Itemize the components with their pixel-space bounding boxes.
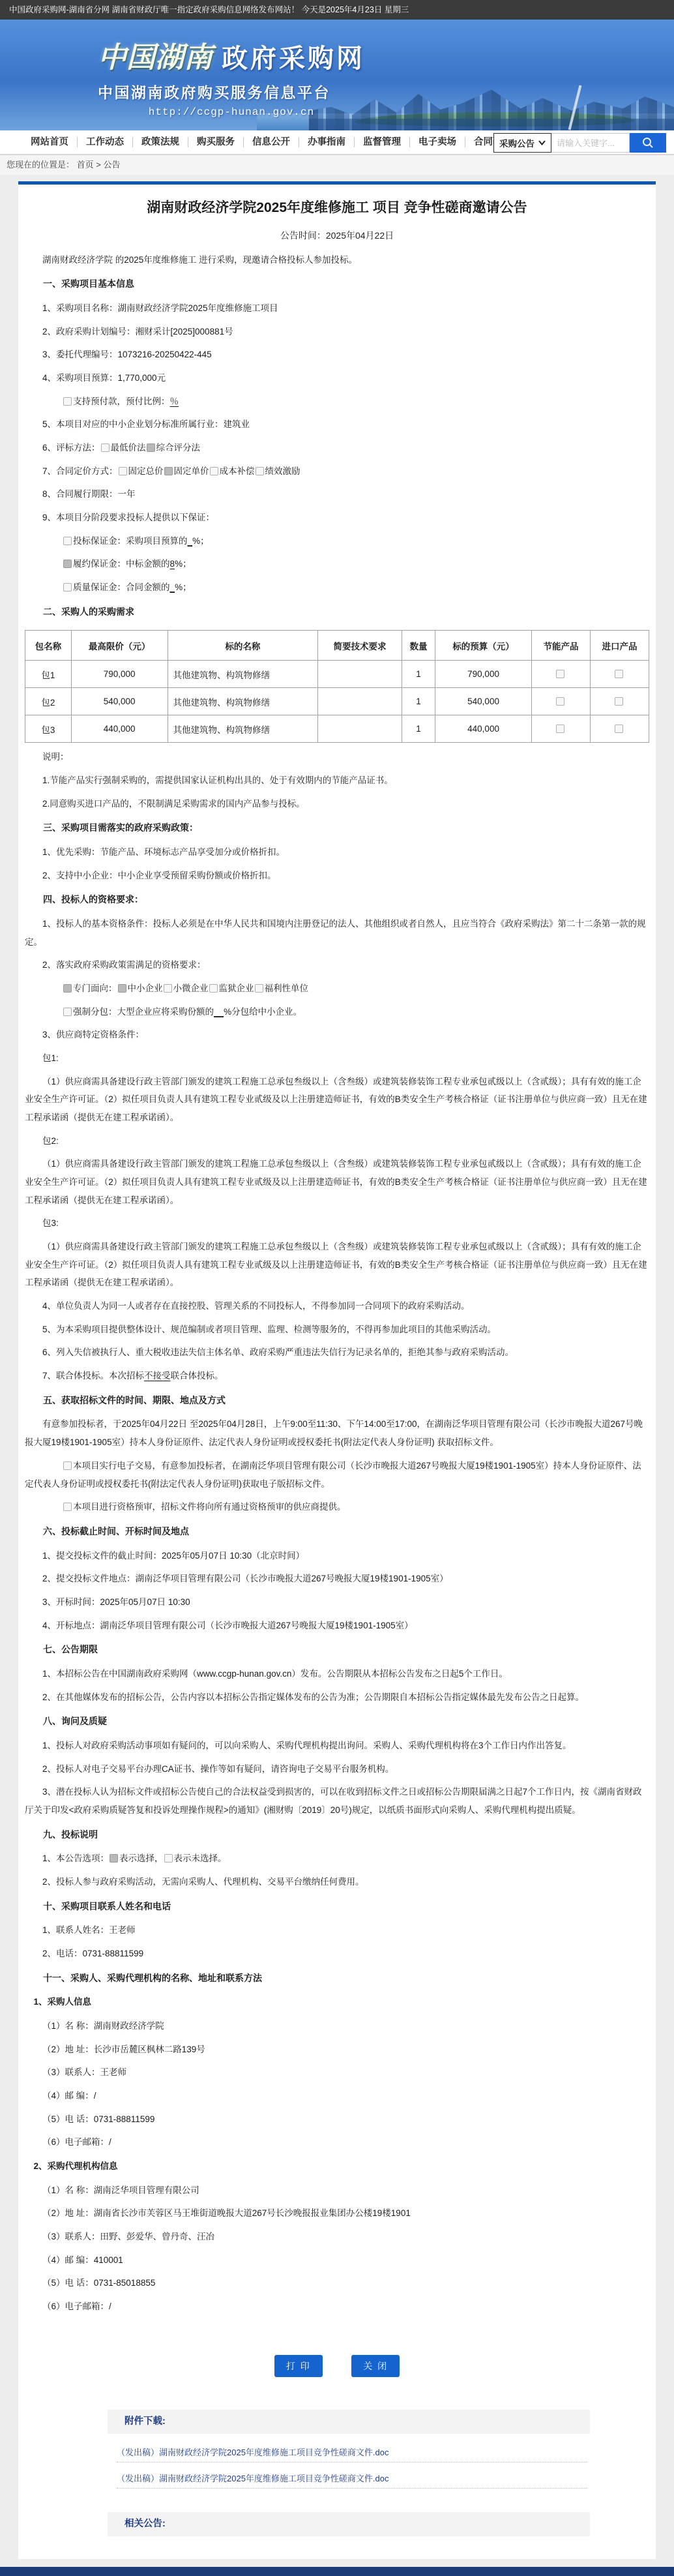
page-title: 湖南财政经济学院2025年度维修施工 项目 竞争性磋商邀请公告 bbox=[25, 185, 649, 218]
top-info-text: 中国政府采购网-湖南省分网 湖南省财政厅唯一指定政府采购信息网络发布网站！ 今天… bbox=[9, 5, 409, 14]
paragraph: 本项目实行电子交易，有意参加投标者，在湖南泛华项目管理有限公司（长沙市晚报大道2… bbox=[25, 1457, 649, 1493]
nav-item-7[interactable]: 电子卖场 bbox=[410, 137, 465, 147]
checkbox-unchecked-icon bbox=[209, 984, 218, 993]
attachment-link-1[interactable]: （发出稿）湖南财政经济学院2025年度维修施工项目竞争性磋商文件.doc bbox=[117, 2463, 587, 2489]
section-heading: 五、获取招标文件的时间、期限、地点及方式 bbox=[25, 1391, 649, 1410]
checkbox-unchecked-icon bbox=[255, 984, 263, 993]
nav-item-5[interactable]: 办事指南 bbox=[299, 137, 355, 147]
checkbox-unchecked-icon bbox=[119, 467, 127, 475]
section-heading: 七、公告期限 bbox=[25, 1640, 649, 1659]
table-cell-budget: 540,000 bbox=[435, 688, 532, 715]
text: 1、提交投标文件的截止时间：2025年05月07日 10:30（北京时间） bbox=[42, 1551, 304, 1561]
table-cell-qty: 1 bbox=[402, 661, 435, 688]
table-cell-energy_saving bbox=[531, 688, 590, 715]
table-cell-subject: 其他建筑物、构筑物修缮 bbox=[168, 715, 318, 743]
text: 2、支持中小企业：中小企业享受预留采购份额或价格折扣。 bbox=[42, 871, 276, 880]
site-url: http://ccgp-hunan.gov.cn bbox=[98, 106, 365, 118]
text: 投标保证金：采购项目预算的 bbox=[73, 536, 188, 546]
text: 1、优先采购：节能产品、环境标志产品享受加分或价格折扣。 bbox=[42, 847, 285, 857]
checkbox-unchecked-icon bbox=[615, 697, 623, 706]
checkbox-unchecked-icon bbox=[63, 583, 72, 592]
checkbox-checked-icon bbox=[63, 984, 72, 993]
text: 小微企业 bbox=[173, 983, 209, 993]
text: 湖南财政经济学院 的2025年度维修施工 进行采购，现邀请合格投标人参加投标。 bbox=[42, 255, 357, 265]
table-cell-tech bbox=[318, 688, 402, 715]
search-category-select[interactable]: 采购公告 bbox=[493, 133, 551, 153]
table-cell-subject: 其他建筑物、构筑物修缮 bbox=[168, 661, 318, 688]
checkbox-unchecked-icon bbox=[164, 1854, 173, 1863]
table-header-cell: 节能产品 bbox=[531, 631, 590, 661]
text: 5、为本采购项目提供整体设计、规范编制或者项目管理、监理、检测等服务的，不得再参… bbox=[42, 1325, 496, 1334]
section-heading: 四、投标人的资格要求： bbox=[25, 890, 649, 909]
checkbox-checked-icon bbox=[110, 1854, 118, 1863]
table-cell-qty: 1 bbox=[402, 715, 435, 743]
paragraph: 湖南财政经济学院 的2025年度维修施工 进行采购，现邀请合格投标人参加投标。 bbox=[25, 251, 649, 269]
paragraph: 包1: bbox=[25, 1049, 649, 1068]
section-heading: 十一、采购人、采购代理机构的名称、地址和联系方法 bbox=[25, 1969, 649, 1988]
paragraph: （4）邮 编：/ bbox=[25, 2087, 649, 2105]
text: （4）邮 编：/ bbox=[42, 2091, 96, 2101]
table-cell-qty: 1 bbox=[402, 688, 435, 715]
sub-heading: 2、采购代理机构信息 bbox=[25, 2157, 649, 2176]
text: 最低价法 bbox=[111, 443, 146, 453]
section-heading: 九、投标说明 bbox=[25, 1825, 649, 1844]
text: 2、电话：0731-88811599 bbox=[42, 1949, 143, 1958]
text: 联合体投标。 bbox=[171, 1371, 224, 1381]
table-cell-package: 包3 bbox=[25, 715, 72, 743]
text: 7、合同定价方式： bbox=[42, 466, 118, 476]
paragraph: 专门面向：中小企业小微企业监狱企业福利性单位 bbox=[25, 980, 649, 998]
table-header-cell: 数量 bbox=[402, 631, 435, 661]
text: 1.节能产品实行强制采购的，需提供国家认证机构出具的、处于有效期内的节能产品证书… bbox=[42, 775, 393, 785]
paragraph: 6、评标方法：最低价法综合评分法 bbox=[25, 439, 649, 457]
table-cell-imported bbox=[590, 688, 649, 715]
checkbox-unchecked-icon bbox=[63, 1008, 72, 1016]
site-banner: 中国湖南 政府采购网 中国湖南政府购买服务信息平台 http://ccgp-hu… bbox=[0, 20, 674, 130]
checkbox-unchecked-icon bbox=[63, 1503, 72, 1511]
paragraph: （5）电 话：0731-85018855 bbox=[25, 2274, 649, 2292]
checkbox-checked-icon bbox=[164, 467, 173, 475]
paragraph: 1、投标人对政府采购活动事项如有疑问的，可以向采购人、采购代理机构提出询问。采购… bbox=[25, 1737, 649, 1755]
article-body: 湖南财政经济学院 的2025年度维修施工 进行采购，现邀请合格投标人参加投标。一… bbox=[25, 251, 649, 2316]
paragraph: 2、落实政府采购政策需满足的资格要求： bbox=[25, 956, 649, 974]
text: 3、开标时间：2025年05月07日 10:30 bbox=[42, 1597, 190, 1607]
text: 本项目实行电子交易，有意参加投标者，在湖南泛华项目管理有限公司（长沙市晚报大道2… bbox=[25, 1461, 641, 1489]
close-button[interactable]: 关 闭 bbox=[351, 2355, 400, 2377]
text: 表示未选择。 bbox=[174, 1853, 227, 1863]
print-button[interactable]: 打 印 bbox=[274, 2355, 323, 2377]
table-cell-tech bbox=[318, 661, 402, 688]
table-header-row: 包名称最高限价（元）标的名称简要技术要求数量标的预算（元）节能产品进口产品 bbox=[25, 631, 649, 661]
text: （1）供应商需具备建设行政主管部门颁发的建筑工程施工总承包叁级以上（含叁级）或建… bbox=[25, 1242, 647, 1287]
logo-subtitle: 中国湖南政府购买服务信息平台 bbox=[98, 81, 365, 102]
text: 2、落实政府采购政策需满足的资格要求： bbox=[42, 960, 206, 970]
text: 9、本项目分阶段要求投标人提供以下保证： bbox=[42, 513, 214, 522]
table-header-cell: 标的预算（元） bbox=[435, 631, 532, 661]
table-row: 包3440,000其他建筑物、构筑物修缮1440,000 bbox=[25, 715, 649, 743]
paragraph: （1）名 称：湖南泛华项目管理有限公司 bbox=[25, 2181, 649, 2200]
requirements-table: 包名称最高限价（元）标的名称简要技术要求数量标的预算（元）节能产品进口产品包17… bbox=[25, 630, 649, 743]
text: 2、政府采购计划编号：湘财采计[2025]000881号 bbox=[42, 327, 233, 337]
table-header-cell: 进口产品 bbox=[590, 631, 649, 661]
section-heading: 三、采购项目需落实的政府采购政策： bbox=[25, 818, 649, 837]
text: 3、供应商特定资格条件： bbox=[42, 1030, 144, 1040]
text: （2）地 址：长沙市岳麓区枫林二路139号 bbox=[42, 2044, 205, 2054]
attachment-link-0[interactable]: （发出稿）湖南财政经济学院2025年度维修施工项目竞争性磋商文件.doc bbox=[117, 2436, 587, 2463]
text: 7、联合体投标。本次招标 bbox=[42, 1371, 144, 1381]
text: 支持预付款，预付比例： bbox=[73, 397, 170, 406]
paragraph: （1）供应商需具备建设行政主管部门颁发的建筑工程施工总承包叁级以上（含叁级）或建… bbox=[25, 1155, 649, 1209]
text: 3、潜在投标人认为招标文件或招标公告使自己的合法权益受到损害的，可以在收到招标文… bbox=[25, 1787, 642, 1815]
text: （5）电 话：0731-85018855 bbox=[42, 2278, 155, 2288]
text: 4、开标地点：湖南泛华项目管理有限公司（长沙市晚报大道267号晚报大厦19楼19… bbox=[42, 1621, 413, 1630]
paragraph: 8、合同履行期限：一年 bbox=[25, 485, 649, 503]
table-header-cell: 包名称 bbox=[25, 631, 72, 661]
underlined-text: _ bbox=[188, 536, 193, 546]
text: 绩效激励 bbox=[265, 466, 300, 476]
table-cell-package: 包2 bbox=[25, 688, 72, 715]
text: 2、提交投标文件地点：湖南泛华项目管理有限公司（长沙市晚报大道267号晚报大厦1… bbox=[42, 1574, 448, 1583]
table-header-cell: 简要技术要求 bbox=[318, 631, 402, 661]
text: %； bbox=[175, 582, 192, 592]
table-cell-max_price: 790,000 bbox=[71, 661, 168, 688]
text: 5、本项目对应的中小企业划分标准所属行业：建筑业 bbox=[42, 419, 250, 429]
paragraph: 说明： bbox=[25, 748, 649, 766]
text: 4、单位负责人为同一人或者存在直接控股、管理关系的不同投标人，不得参加同一合同项… bbox=[42, 1301, 470, 1311]
paragraph: 1、联系人姓名：王老师 bbox=[25, 1921, 649, 1939]
checkbox-checked-icon bbox=[147, 443, 155, 452]
paragraph: （6）电子邮箱：/ bbox=[25, 2298, 649, 2316]
paragraph: 7、合同定价方式：固定总价固定单价成本补偿绩效激励 bbox=[25, 462, 649, 481]
paragraph: （5）电 话：0731-88811599 bbox=[25, 2110, 649, 2129]
underlined-text: 不接受 bbox=[144, 1371, 171, 1381]
nav-item-1[interactable]: 工作动态 bbox=[78, 137, 133, 147]
search-area: 采购公告 bbox=[493, 133, 666, 153]
text: （4）邮 编：410001 bbox=[42, 2255, 123, 2265]
paragraph: 强制分包：大型企业应将采购份额的__%分包给中小企业。 bbox=[25, 1003, 649, 1021]
checkbox-unchecked-icon bbox=[63, 397, 72, 406]
paragraph: （4）邮 编：410001 bbox=[25, 2251, 649, 2269]
checkbox-unchecked-icon bbox=[63, 1461, 72, 1470]
text: （3）联系人：田野、彭爱华、曾丹奇、汪冶 bbox=[42, 2232, 214, 2241]
paragraph: 1、采购项目名称：湖南财政经济学院2025年度维修施工项目 bbox=[25, 299, 649, 318]
section-heading: 十、采购项目联系人姓名和电话 bbox=[25, 1897, 649, 1916]
table-row: 包2540,000其他建筑物、构筑物修缮1540,000 bbox=[25, 688, 649, 715]
checkbox-unchecked-icon bbox=[556, 670, 564, 678]
sub-heading: 1、采购人信息 bbox=[25, 1993, 649, 2011]
logo-calligraphy: 中国湖南 bbox=[98, 34, 212, 76]
section-heading: 二、采购人的采购需求 bbox=[25, 603, 649, 622]
paragraph: （1）供应商需具备建设行政主管部门颁发的建筑工程施工总承包叁级以上（含叁级）或建… bbox=[25, 1073, 649, 1127]
paragraph: 2.同意购买进口产品的，不限制满足采购需求的国内产品参与投标。 bbox=[25, 795, 649, 813]
text: （5）电 话：0731-88811599 bbox=[42, 2114, 154, 2124]
text: （6）电子邮箱：/ bbox=[42, 2301, 111, 2311]
announcement-card: 湖南财政经济学院2025年度维修施工 项目 竞争性磋商邀请公告 公告时间：202… bbox=[18, 181, 656, 2559]
text: %分包给中小企业。 bbox=[224, 1007, 302, 1017]
checkbox-unchecked-icon bbox=[615, 725, 623, 733]
text: 说明： bbox=[42, 752, 69, 762]
paragraph: 5、本项目对应的中小企业划分标准所属行业：建筑业 bbox=[25, 415, 649, 434]
paragraph: 包3: bbox=[25, 1214, 649, 1233]
text: （1）供应商需具备建设行政主管部门颁发的建筑工程施工总承包叁级以上（含叁级）或建… bbox=[25, 1077, 647, 1122]
paragraph: 1、优先采购：节能产品、环境标志产品享受加分或价格折扣。 bbox=[25, 843, 649, 861]
search-input[interactable] bbox=[551, 133, 630, 153]
text: 福利性单位 bbox=[265, 983, 309, 993]
text: 监狱企业 bbox=[219, 983, 254, 993]
checkbox-unchecked-icon bbox=[615, 670, 623, 678]
section-heading: 八、询问及质疑 bbox=[25, 1712, 649, 1731]
footer-bar bbox=[0, 2567, 674, 2576]
paragraph: （1）供应商需具备建设行政主管部门颁发的建筑工程施工总承包叁级以上（含叁级）或建… bbox=[25, 1238, 649, 1292]
action-buttons: 打 印 关 闭 bbox=[25, 2355, 649, 2377]
paragraph: 3、开标时间：2025年05月07日 10:30 bbox=[25, 1593, 649, 1611]
underlined-text: __ bbox=[214, 1007, 224, 1017]
text: （1）名 称：湖南泛华项目管理有限公司 bbox=[42, 2185, 199, 2195]
breadcrumb-prefix: 您现在的位置是： bbox=[7, 160, 74, 170]
table-cell-energy_saving bbox=[531, 715, 590, 743]
nav-item-4[interactable]: 信息公开 bbox=[244, 137, 299, 147]
main-nav: 网站首页工作动态政策法规购买服务信息公开办事指南监督管理电子卖场合同融资 采购公… bbox=[0, 130, 674, 155]
paragraph: 支持预付款，预付比例：％ bbox=[25, 393, 649, 411]
paragraph: 6、列入失信被执行人、重大税收违法失信主体名单、政府采购严重违法失信行为记录名单… bbox=[25, 1343, 649, 1362]
table-header-cell: 最高限价（元） bbox=[71, 631, 168, 661]
paragraph: 9、本项目分阶段要求投标人提供以下保证： bbox=[25, 509, 649, 527]
text: 强制分包：大型企业应将采购份额的 bbox=[73, 1007, 214, 1017]
paragraph: 4、单位负责人为同一人或者存在直接控股、管理关系的不同投标人，不得参加同一合同项… bbox=[25, 1297, 649, 1315]
text: 有意参加投标者，于2025年04月22日 至2025年04月28日，上午9:00… bbox=[25, 1419, 643, 1447]
paragraph: 投标保证金：采购项目预算的_%； bbox=[25, 532, 649, 550]
section-heading: 一、采购项目基本信息 bbox=[25, 275, 649, 293]
text: 包2: bbox=[42, 1136, 59, 1146]
text: %； bbox=[175, 559, 192, 569]
text: 1、投标人对政府采购活动事项如有疑问的，可以向采购人、采购代理机构提出询问。采购… bbox=[42, 1741, 572, 1750]
paragraph: 质量保证金：合同金额的_%； bbox=[25, 578, 649, 597]
checkbox-unchecked-icon bbox=[210, 467, 218, 475]
text: （2）地 址：湖南省长沙市芙蓉区马王堆街道晚报大道267号长沙晚报报业集团办公楼… bbox=[42, 2208, 411, 2218]
table-cell-energy_saving bbox=[531, 661, 590, 688]
text: 6、列入失信被执行人、重大税收违法失信主体名单、政府采购严重违法失信行为记录名单… bbox=[42, 1347, 514, 1357]
paragraph: 3、潜在投标人认为招标文件或招标公告使自己的合法权益受到损害的，可以在收到招标文… bbox=[25, 1783, 649, 1819]
text: 1、采购项目名称：湖南财政经济学院2025年度维修施工项目 bbox=[42, 303, 278, 313]
text: 1、联系人姓名：王老师 bbox=[42, 1925, 136, 1935]
nav-item-3[interactable]: 购买服务 bbox=[188, 137, 244, 147]
paragraph: 3、供应商特定资格条件： bbox=[25, 1026, 649, 1044]
paragraph: 1、本招标公告在中国湖南政府采购网（www.ccgp-hunan.gov.cn）… bbox=[25, 1665, 649, 1683]
checkbox-unchecked-icon bbox=[101, 443, 110, 452]
table-cell-tech bbox=[318, 715, 402, 743]
search-icon bbox=[641, 136, 654, 149]
paragraph: 2、支持中小企业：中小企业享受预留采购份额或价格折扣。 bbox=[25, 867, 649, 885]
table-cell-imported bbox=[590, 715, 649, 743]
paragraph: 7、联合体投标。本次招标不接受联合体投标。 bbox=[25, 1367, 649, 1385]
text: 2、在其他媒体发布的招标公告，公告内容以本招标公告指定媒体发布的公告为准；公告期… bbox=[42, 1692, 584, 1702]
site-logo: 中国湖南 政府采购网 中国湖南政府购买服务信息平台 http://ccgp-hu… bbox=[98, 34, 365, 118]
text: （6）电子邮箱：/ bbox=[42, 2137, 111, 2147]
search-button[interactable] bbox=[630, 133, 666, 153]
paragraph: 5、为本采购项目提供整体设计、规范编制或者项目管理、监理、检测等服务的，不得再参… bbox=[25, 1321, 649, 1339]
paragraph: 1、提交投标文件的截止时间：2025年05月07日 10:30（北京时间） bbox=[25, 1547, 649, 1565]
nav-item-2[interactable]: 政策法规 bbox=[133, 137, 188, 147]
search-category-label: 采购公告 bbox=[499, 136, 535, 149]
table-header-cell: 标的名称 bbox=[168, 631, 318, 661]
text: 2、投标人参与政府采购活动，无需向采购人、代理机构、交易平台缴纳任何费用。 bbox=[42, 1877, 364, 1887]
paragraph: （2）地 址：长沙市岳麓区枫林二路139号 bbox=[25, 2041, 649, 2059]
paragraph: （3）联系人：王老师 bbox=[25, 2063, 649, 2082]
paragraph: 2、电话：0731-88811599 bbox=[25, 1945, 649, 1963]
underlined-text: ％ bbox=[170, 397, 179, 406]
table-cell-subject: 其他建筑物、构筑物修缮 bbox=[168, 688, 318, 715]
paragraph: （6）电子邮箱：/ bbox=[25, 2133, 649, 2151]
checkbox-checked-icon bbox=[63, 560, 72, 568]
paragraph: 履约保证金：中标金额的8%； bbox=[25, 555, 649, 573]
text: 4、采购项目预算：1,770,000元 bbox=[42, 373, 166, 383]
checkbox-unchecked-icon bbox=[556, 725, 564, 733]
paragraph: 1、本公告选项：表示选择，表示未选择。 bbox=[25, 1850, 649, 1868]
table-row: 包1790,000其他建筑物、构筑物修缮1790,000 bbox=[25, 661, 649, 688]
checkbox-unchecked-icon bbox=[164, 984, 172, 993]
table-cell-budget: 790,000 bbox=[435, 661, 532, 688]
breadcrumb-home-link[interactable]: 首页 bbox=[77, 160, 94, 170]
text: 3、委托代理编号：1073216-20250422-445 bbox=[42, 350, 212, 359]
logo-title: 政府采购网 bbox=[222, 38, 365, 75]
text: 固定总价 bbox=[128, 466, 164, 476]
related-announcements-header: 相关公告: bbox=[108, 2512, 590, 2536]
paragraph: （2）地 址：湖南省长沙市芙蓉区马王堆街道晚报大道267号长沙晚报报业集团办公楼… bbox=[25, 2204, 649, 2223]
paragraph: 2、政府采购计划编号：湘财采计[2025]000881号 bbox=[25, 323, 649, 341]
breadcrumb-current[interactable]: 公告 bbox=[104, 160, 121, 170]
paragraph: 2、提交投标文件地点：湖南泛华项目管理有限公司（长沙市晚报大道267号晚报大厦1… bbox=[25, 1570, 649, 1588]
table-cell-max_price: 540,000 bbox=[71, 688, 168, 715]
publish-time: 公告时间：2025年04月22日 bbox=[25, 229, 649, 242]
text: %； bbox=[192, 536, 209, 546]
breadcrumb: 您现在的位置是： 首页 > 公告 bbox=[0, 155, 674, 175]
attachments-section: 附件下载: （发出稿）湖南财政经济学院2025年度维修施工项目竞争性磋商文件.d… bbox=[108, 2410, 590, 2536]
underlined-text: _ bbox=[170, 582, 175, 592]
paragraph: 2、投标人参与政府采购活动，无需向采购人、代理机构、交易平台缴纳任何费用。 bbox=[25, 1873, 649, 1891]
text: 1、投标人的基本资格条件：投标人必须是在中华人民共和国境内注册登记的法人、其他组… bbox=[25, 919, 646, 947]
table-cell-budget: 440,000 bbox=[435, 715, 532, 743]
checkbox-unchecked-icon bbox=[256, 467, 264, 475]
text: 包3: bbox=[42, 1218, 59, 1228]
paragraph: 1、投标人的基本资格条件：投标人必须是在中华人民共和国境内注册登记的法人、其他组… bbox=[25, 915, 649, 951]
text: 成本补偿 bbox=[220, 466, 255, 476]
table-cell-imported bbox=[590, 661, 649, 688]
table-cell-package: 包1 bbox=[25, 661, 72, 688]
text: 6、评标方法： bbox=[42, 443, 100, 453]
underlined-text: 8 bbox=[170, 559, 175, 569]
text: 2.同意购买进口产品的，不限制满足采购需求的国内产品参与投标。 bbox=[42, 799, 305, 809]
nav-item-0[interactable]: 网站首页 bbox=[22, 137, 78, 147]
section-heading: 六、投标截止时间、开标时间及地点 bbox=[25, 1522, 649, 1541]
breadcrumb-separator: > bbox=[96, 160, 103, 170]
checkbox-checked-icon bbox=[118, 984, 126, 993]
paragraph: 本项目进行资格预审，招标文件将向所有通过资格预审的供应商提供。 bbox=[25, 1498, 649, 1516]
paragraph: （3）联系人：田野、彭爱华、曾丹奇、汪冶 bbox=[25, 2228, 649, 2246]
checkbox-unchecked-icon bbox=[556, 697, 564, 706]
text: 8、合同履行期限：一年 bbox=[42, 489, 136, 499]
text: 1、本公告选项： bbox=[42, 1853, 109, 1863]
text: 1、本招标公告在中国湖南政府采购网（www.ccgp-hunan.gov.cn）… bbox=[42, 1669, 508, 1679]
paragraph: 包2: bbox=[25, 1132, 649, 1150]
text: 本项目进行资格预审，招标文件将向所有通过资格预审的供应商提供。 bbox=[73, 1502, 346, 1512]
paragraph: 1.节能产品实行强制采购的，需提供国家认证机构出具的、处于有效期内的节能产品证书… bbox=[25, 771, 649, 790]
text: 2、投标人对电子交易平台办理CA证书、操作等如有疑问，请咨询电子交易平台服务机构… bbox=[42, 1764, 394, 1774]
paragraph: 3、委托代理编号：1073216-20250422-445 bbox=[25, 346, 649, 364]
paragraph: 2、在其他媒体发布的招标公告，公告内容以本招标公告指定媒体发布的公告为准；公告期… bbox=[25, 1688, 649, 1707]
table-cell-max_price: 440,000 bbox=[71, 715, 168, 743]
top-info-bar: 中国政府采购网-湖南省分网 湖南省财政厅唯一指定政府采购信息网络发布网站！ 今天… bbox=[0, 0, 674, 20]
checkbox-unchecked-icon bbox=[63, 537, 72, 545]
paragraph: （1）名 称：湖南财政经济学院 bbox=[25, 2017, 649, 2035]
text: 质量保证金：合同金额的 bbox=[73, 582, 170, 592]
paragraph: 2、投标人对电子交易平台办理CA证书、操作等如有疑问，请咨询电子交易平台服务机构… bbox=[25, 1760, 649, 1778]
attachments-header: 附件下载: bbox=[108, 2410, 590, 2434]
paragraph: 有意参加投标者，于2025年04月22日 至2025年04月28日，上午9:00… bbox=[25, 1415, 649, 1451]
text: （3）联系人：王老师 bbox=[42, 2067, 126, 2077]
nav-item-6[interactable]: 监督管理 bbox=[355, 137, 410, 147]
paragraph: 4、开标地点：湖南泛华项目管理有限公司（长沙市晚报大道267号晚报大厦19楼19… bbox=[25, 1617, 649, 1635]
chevron-down-icon bbox=[538, 140, 546, 145]
paragraph: 4、采购项目预算：1,770,000元 bbox=[25, 369, 649, 387]
text: （1）供应商需具备建设行政主管部门颁发的建筑工程施工总承包叁级以上（含叁级）或建… bbox=[25, 1159, 647, 1205]
text: 包1: bbox=[42, 1053, 59, 1063]
text: （1）名 称：湖南财政经济学院 bbox=[42, 2021, 164, 2031]
